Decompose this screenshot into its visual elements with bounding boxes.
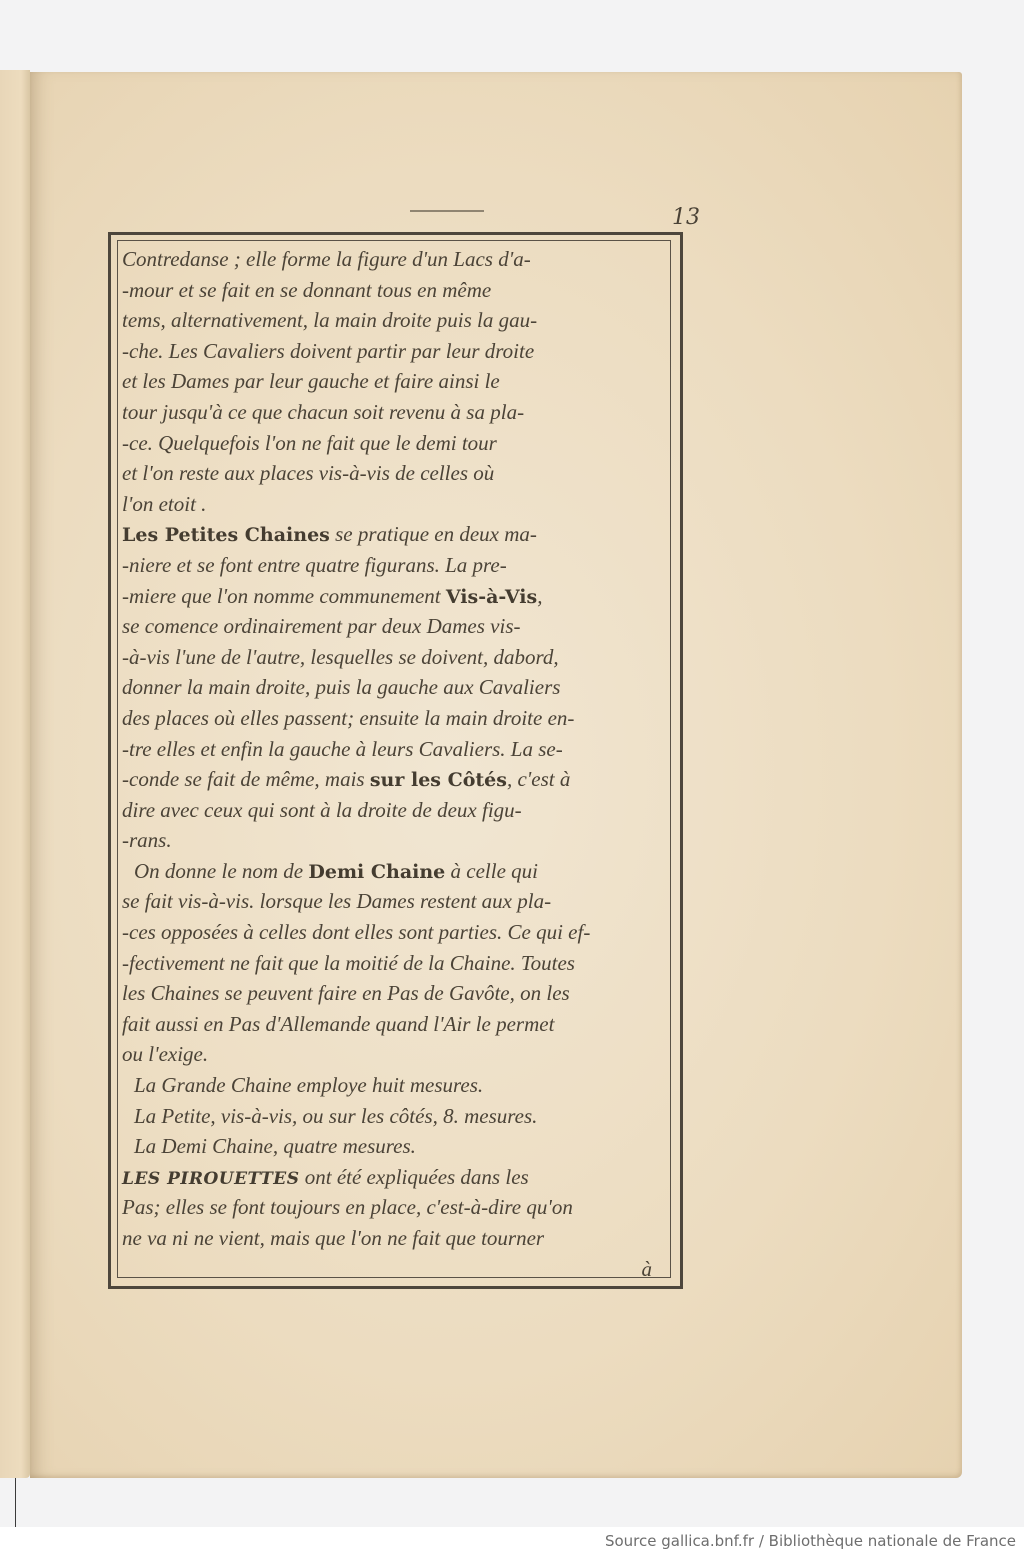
emphasized-term: LES PIROUETTES [122,1169,300,1189]
text-segment: , c'est à [507,767,570,791]
emphasized-term: Demi Chaine [308,861,445,883]
text-segment: les Chaines se peuvent faire en Pas de G… [122,981,570,1005]
text-segment: -conde se fait de même, mais [122,767,370,791]
text-line: ou l'exige. [122,1039,670,1070]
text-line: dire avec ceux qui sont à la droite de d… [122,795,670,826]
text-line: donner la main droite, puis la gauche au… [122,672,670,703]
text-segment: Pas; elles se font toujours en place, c'… [122,1195,573,1219]
text-segment: et les Dames par leur gauche et faire ai… [122,369,500,393]
text-segment: , [537,584,542,608]
text-segment: ou l'exige. [122,1042,208,1066]
text-line: On donne le nom de Demi Chaine à celle q… [122,856,670,887]
text-line: La Grande Chaine employe huit mesures. [122,1070,670,1101]
text-segment: On donne le nom de [134,859,308,883]
text-segment: -ces opposées à celles dont elles sont p… [122,920,590,944]
emphasized-term: Vis-à-Vis [446,586,537,608]
emphasized-term: Les Petites Chaines [122,524,330,546]
text-line: -fectivement ne fait que la moitié de la… [122,948,670,979]
text-segment: et l'on reste aux places vis-à-vis de ce… [122,461,494,485]
text-segment: dire avec ceux qui sont à la droite de d… [122,798,522,822]
text-segment: -che. Les Cavaliers doivent partir par l… [122,339,534,363]
engraved-text-block: Contredanse ; elle forme la figure d'un … [122,244,670,1284]
text-line: et l'on reste aux places vis-à-vis de ce… [122,458,670,489]
text-line: ne va ni ne vient, mais que l'on ne fait… [122,1223,670,1254]
text-segment: -tre elles et enfin la gauche à leurs Ca… [122,737,563,761]
text-segment: se pratique en deux ma- [330,522,537,546]
emphasized-term: sur les Côtés [370,769,507,791]
text-line: -ces opposées à celles dont elles sont p… [122,917,670,948]
text-line: tour jusqu'à ce que chacun soit revenu à… [122,397,670,428]
text-line: se comence ordinairement par deux Dames … [122,611,670,642]
text-segment: La Demi Chaine, quatre mesures. [134,1134,416,1158]
text-segment: -miere que l'on nomme communement [122,584,446,608]
text-line: et les Dames par leur gauche et faire ai… [122,366,670,397]
text-segment: -mour et se fait en se donnant tous en m… [122,278,491,302]
text-line: Les Petites Chaines se pratique en deux … [122,519,670,550]
text-segment: -ce. Quelquefois l'on ne fait que le dem… [122,431,497,455]
text-segment: -à-vis l'une de l'autre, lesquelles se d… [122,645,559,669]
text-segment: tour jusqu'à ce que chacun soit revenu à… [122,400,524,424]
text-segment: La Petite, vis-à-vis, ou sur les côtés, … [134,1104,537,1128]
text-line: -rans. [122,825,670,856]
text-segment: tems, alternativement, la main droite pu… [122,308,537,332]
text-line: les Chaines se peuvent faire en Pas de G… [122,978,670,1009]
text-line: Pas; elles se font toujours en place, c'… [122,1192,670,1223]
text-line: La Petite, vis-à-vis, ou sur les côtés, … [122,1101,670,1132]
source-attribution: Source gallica.bnf.fr / Bibliothèque nat… [605,1532,1016,1550]
text-segment: l'on etoit . [122,492,206,516]
text-line: -ce. Quelquefois l'on ne fait que le dem… [122,428,670,459]
spine-line [15,1478,16,1527]
text-segment: -rans. [122,828,172,852]
text-line: -niere et se font entre quatre figurans.… [122,550,670,581]
text-segment: fait aussi en Pas d'Allemande quand l'Ai… [122,1012,554,1036]
previous-page-edge [0,70,30,1478]
text-segment: -niere et se font entre quatre figurans.… [122,553,507,577]
text-segment: donner la main droite, puis la gauche au… [122,675,560,699]
text-line: fait aussi en Pas d'Allemande quand l'Ai… [122,1009,670,1040]
text-segment: se comence ordinairement par deux Dames … [122,614,521,638]
text-line: La Demi Chaine, quatre mesures. [122,1131,670,1162]
text-line: des places où elles passent; ensuite la … [122,703,670,734]
text-line: Contredanse ; elle forme la figure d'un … [122,244,670,275]
text-segment: ont été expliquées dans les [300,1165,529,1189]
text-line: -mour et se fait en se donnant tous en m… [122,275,670,306]
text-segment: des places où elles passent; ensuite la … [122,706,574,730]
text-segment: à celle qui [445,859,538,883]
text-segment: se fait vis-à-vis. lorsque les Dames res… [122,889,551,913]
top-rule [410,210,484,212]
footer: Source gallica.bnf.fr / Bibliothèque nat… [0,1527,1024,1557]
scan-image: 13 Contredanse ; elle forme la figure d'… [0,0,1024,1527]
text-segment: -fectivement ne fait que la moitié de la… [122,951,575,975]
text-segment: ne va ni ne vient, mais que l'on ne fait… [122,1226,544,1250]
catchword: à [122,1254,670,1285]
text-line: LES PIROUETTES ont été expliquées dans l… [122,1162,670,1193]
text-line: -che. Les Cavaliers doivent partir par l… [122,336,670,367]
text-line: l'on etoit . [122,489,670,520]
text-segment: La Grande Chaine employe huit mesures. [134,1073,483,1097]
text-line: -tre elles et enfin la gauche à leurs Ca… [122,734,670,765]
text-segment: Contredanse ; elle forme la figure d'un … [122,247,531,271]
page-number: 13 [672,205,700,230]
text-line: -miere que l'on nomme communement Vis-à-… [122,581,670,612]
text-line: se fait vis-à-vis. lorsque les Dames res… [122,886,670,917]
text-line: -conde se fait de même, mais sur les Côt… [122,764,670,795]
text-line: -à-vis l'une de l'autre, lesquelles se d… [122,642,670,673]
text-line: tems, alternativement, la main droite pu… [122,305,670,336]
